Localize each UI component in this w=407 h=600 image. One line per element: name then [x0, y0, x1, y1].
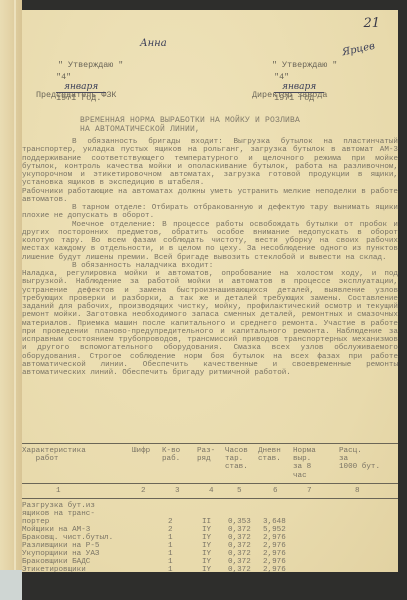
document-page: 21 " Утверждаю " Председатель ФЗК Анна "… — [22, 10, 398, 572]
binding-tab — [0, 570, 22, 600]
signature-right: Ярцев — [341, 41, 376, 59]
paragraph: Моечное отделение: В процессе работы осв… — [22, 221, 398, 262]
paragraph: В обязанность бригады входит: Выгрузка б… — [22, 138, 398, 188]
cell-hourly: 0,372 — [228, 534, 251, 542]
cell-hourly: 0,372 — [228, 566, 251, 572]
cell-grade: IY — [202, 526, 211, 534]
cell-hourly: 0,353 — [228, 518, 251, 526]
column-number: 1 — [56, 487, 61, 495]
paragraph: В тарном отделе: Отбирать отбракованную … — [22, 204, 398, 221]
cell-daily: 2,976 — [263, 542, 286, 550]
date-year: 1971 год. — [56, 93, 101, 103]
date-day: "4" — [56, 72, 71, 82]
cell-qty: 1 — [168, 550, 173, 558]
cell-daily: 3,648 — [263, 518, 286, 526]
column-number: 5 — [237, 487, 242, 495]
cell-work: Браковщ. чист.бутыл. — [22, 534, 113, 542]
approval-left-date: "4" января 1971 год. — [36, 62, 106, 113]
signature-left: Анна — [140, 38, 167, 49]
cell-work: Браковщики БАДС — [22, 558, 90, 566]
cell-hourly: 0,372 — [228, 558, 251, 566]
cell-daily: 2,976 — [263, 558, 286, 566]
column-header: Характеристика работ — [22, 447, 86, 463]
column-header: Дневн став. — [258, 447, 281, 463]
cell-daily: 5,952 — [263, 526, 286, 534]
cell-work: Этикетировщики — [22, 566, 86, 572]
column-header: Норма выр. за 8 час — [293, 447, 316, 480]
cell-work: Мойщики на АМ-3 — [22, 526, 90, 534]
cell-hourly: 0,372 — [228, 542, 251, 550]
cell-qty: 2 — [168, 526, 173, 534]
column-header: Часов тар. став. — [225, 447, 248, 472]
table-row: Разливщики на Р-5 1 IY 0,372 2,976 — [22, 542, 398, 550]
paragraph: В обязанность наладчика входит: — [22, 262, 398, 270]
title-line-1: Временная норма выработки на мойку и роз… — [80, 116, 380, 125]
cell-qty: 1 — [168, 558, 173, 566]
cell-work: Разливщики на Р-5 — [22, 542, 99, 550]
page-number: 21 — [363, 16, 380, 31]
table-row: Разгрузка бут.из ящиков на транс- портер… — [22, 502, 398, 510]
table-row: Браковщики БАДС 1 IY 0,372 2,976 — [22, 558, 398, 566]
title-line-2: на автоматической линии, — [80, 125, 380, 134]
cell-qty: 2 — [168, 518, 173, 526]
cell-work: Укупорщики на УАЗ — [22, 550, 99, 558]
binding-strip — [0, 0, 22, 600]
column-number: 4 — [209, 487, 214, 495]
cell-hourly: 0,372 — [228, 526, 251, 534]
cell-grade: II — [202, 518, 211, 526]
cell-grade: IY — [202, 566, 211, 572]
column-header: Раз- ряд — [197, 447, 215, 463]
cell-grade: IY — [202, 550, 211, 558]
cell-grade: IY — [202, 542, 211, 550]
cell-qty: 1 — [168, 534, 173, 542]
norms-table: Характеристика работ Шифр К-во раб. Раз-… — [22, 443, 398, 572]
date-month: января — [56, 82, 106, 93]
column-header: Шифр — [132, 447, 150, 455]
date-day: "4" — [274, 72, 289, 82]
document-body: В обязанность бригады входит: Выгрузка б… — [22, 138, 398, 377]
table-body: Разгрузка бут.из ящиков на транс- портер… — [22, 499, 398, 572]
column-number: 2 — [141, 487, 146, 495]
column-header: К-во раб. — [162, 447, 180, 463]
date-month: января — [274, 82, 324, 93]
approval-right-date: "4" января 1971 год — [254, 62, 324, 113]
cell-qty: 1 — [168, 542, 173, 550]
cell-daily: 2,976 — [263, 566, 286, 572]
document-title: Временная норма выработки на мойку и роз… — [80, 116, 380, 134]
cell-daily: 2,976 — [263, 550, 286, 558]
table-row: Этикетировщики 1 IY 0,372 2,976 — [22, 566, 398, 572]
cell-daily: 2,976 — [263, 534, 286, 542]
column-number: 3 — [175, 487, 180, 495]
table-row: Браковщ. чист.бутыл. 1 IY 0,372 2,976 — [22, 534, 398, 542]
paragraph: Наладка, регулировка мойки и автоматов, … — [22, 270, 398, 377]
column-numbers: 1 2 3 4 5 6 7 8 — [22, 484, 398, 498]
cell-hourly: 0,372 — [228, 550, 251, 558]
paragraph: Рабочники работающие на автоматах должны… — [22, 188, 398, 205]
column-header: Расц. за 1000 бут. — [339, 447, 380, 472]
cell-grade: IY — [202, 534, 211, 542]
column-number: 7 — [307, 487, 312, 495]
table-header: Характеристика работ Шифр К-во раб. Раз-… — [22, 444, 398, 483]
table-row: Мойщики на АМ-3 2 IY 0,372 5,952 — [22, 526, 398, 534]
date-year: 1971 год — [274, 93, 314, 103]
cell-work: Разгрузка бут.из ящиков на транс- портер — [22, 502, 95, 527]
cell-grade: IY — [202, 558, 211, 566]
column-number: 8 — [355, 487, 360, 495]
column-number: 6 — [273, 487, 278, 495]
table-row: Укупорщики на УАЗ 1 IY 0,372 2,976 — [22, 550, 398, 558]
cell-qty: 1 — [168, 566, 173, 572]
